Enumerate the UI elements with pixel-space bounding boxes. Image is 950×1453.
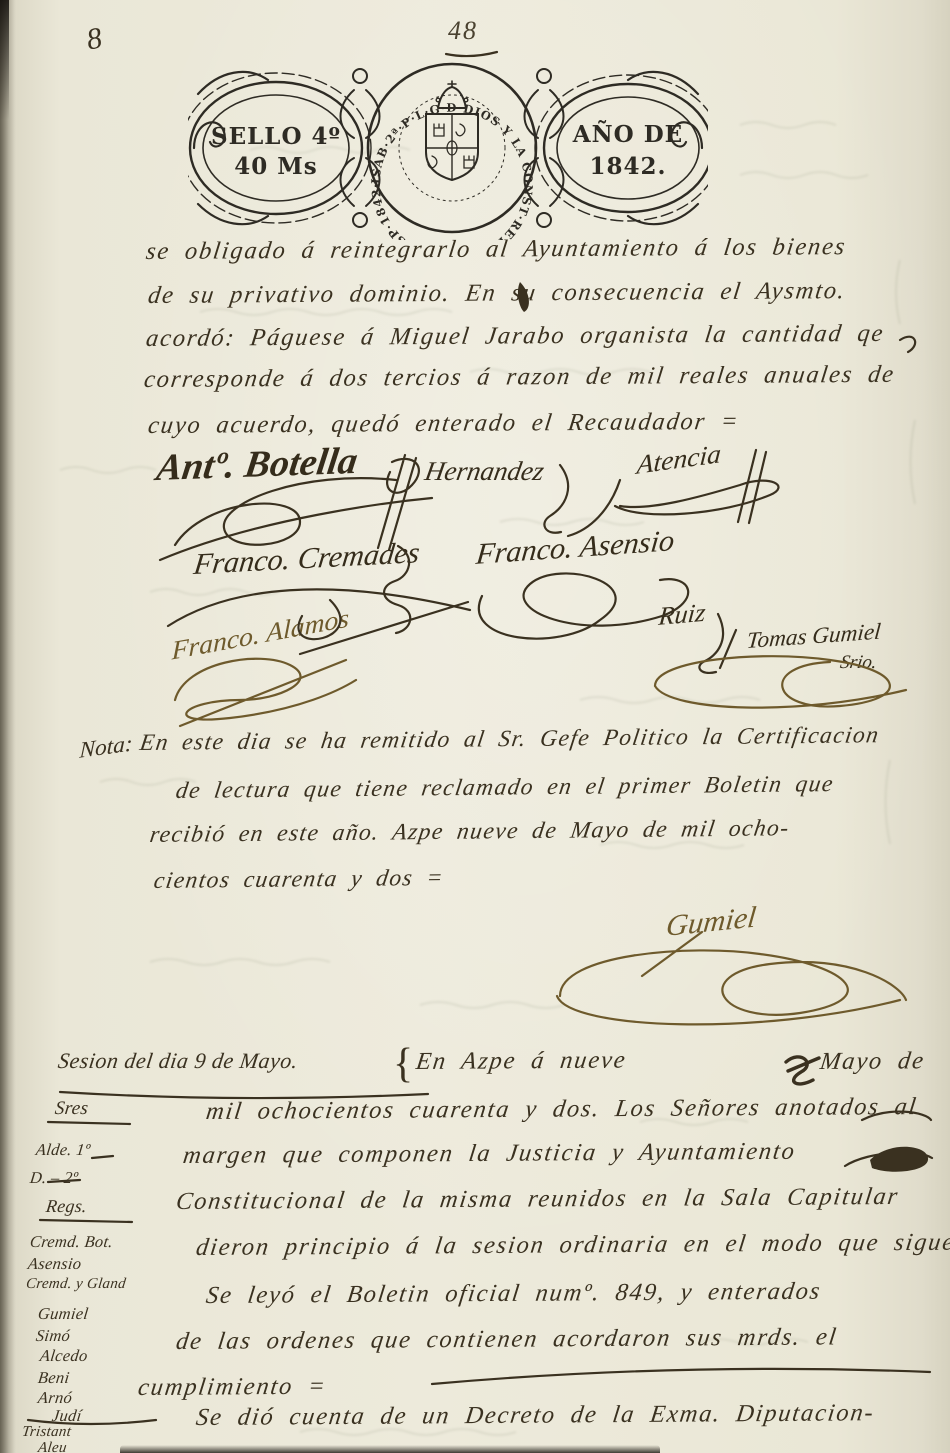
manuscript-page: 48 8 (0, 0, 950, 1453)
page-edge-shadow (120, 1445, 660, 1453)
ink-flourishes (0, 0, 950, 1453)
